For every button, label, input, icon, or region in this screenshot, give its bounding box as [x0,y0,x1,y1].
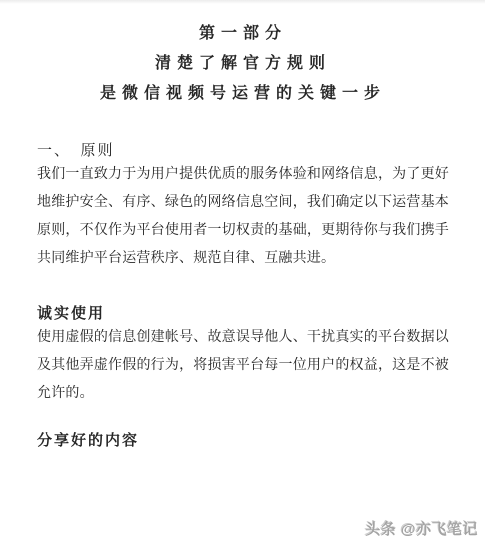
section-paragraph-principles: 我们一直致力于为用户提供优质的服务体验和网络信息，为了更好地维护安全、有序、绿色… [37,161,449,273]
section-heading-honest-use: 诚实使用 [37,304,449,324]
section-heading-share-good-content: 分享好的内容 [37,431,449,451]
section-heading-principles: 一、 原则 [37,141,449,161]
title-line-3: 是微信视频号运营的关键一步 [37,79,449,109]
toutiao-watermark: 头条 @亦飞笔记 [365,518,478,539]
top-edge-shadow [0,0,485,4]
section-paragraph-honest-use: 使用虚假的信息创建帐号、故意误导他人、干扰真实的平台数据以及其他弄虚作假的行为，… [37,324,449,408]
document-page: 第一部分 清楚了解官方规则 是微信视频号运营的关键一步 一、 原则 我们一直致力… [0,0,485,547]
document-title: 第一部分 清楚了解官方规则 是微信视频号运营的关键一步 [37,19,449,109]
document-content: 第一部分 清楚了解官方规则 是微信视频号运营的关键一步 一、 原则 我们一直致力… [0,0,485,451]
title-line-1: 第一部分 [37,19,449,49]
title-line-2: 清楚了解官方规则 [37,49,449,79]
